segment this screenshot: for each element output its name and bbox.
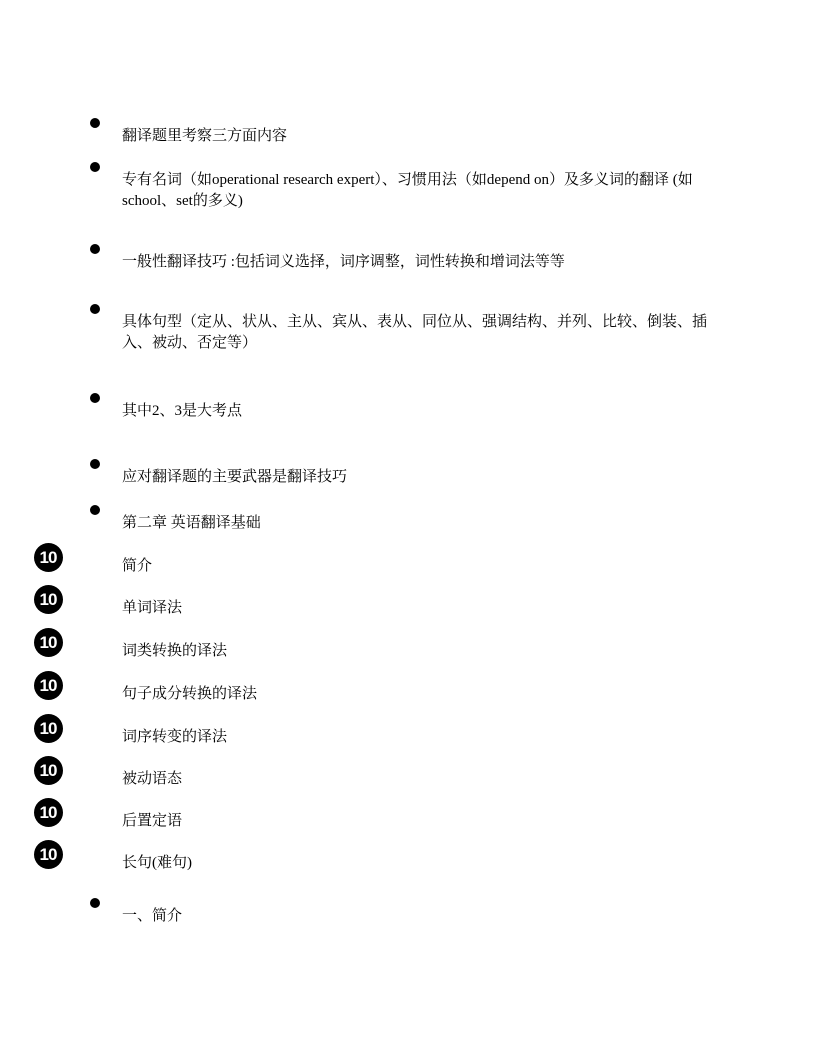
list-item: 专有名词（如operational research expert）、习惯用法（… (0, 170, 816, 234)
list-item-text: 应对翻译题的主要武器是翻译技巧 (122, 467, 708, 488)
list-item: 10 后置定语 (0, 798, 816, 842)
list-item: 10 长句(难句) (0, 840, 816, 884)
list-item: 10 简介 (0, 543, 816, 587)
circled-10-icon: 10 (34, 840, 63, 869)
list-item: 10 词序转变的译法 (0, 714, 816, 758)
list-item: 翻译题里考察三方面内容 (0, 126, 816, 170)
list-item-text: 一般性翻译技巧 :包括词义选择，词序调整，词性转换和增词法等等 (122, 252, 708, 273)
list-item-text: 单词译法 (122, 598, 708, 619)
bullet-icon (90, 162, 100, 172)
circled-10-icon: 10 (34, 714, 63, 743)
list-item-text: 翻译题里考察三方面内容 (122, 126, 708, 147)
list-item-text: 一、简介 (122, 906, 708, 927)
circled-10-icon: 10 (34, 671, 63, 700)
bullet-icon (90, 459, 100, 469)
list-item-text: 具体句型（定从、状从、主从、宾从、表从、同位从、强调结构、并列、比较、倒装、插入… (122, 312, 708, 354)
list-item: 10 单词译法 (0, 585, 816, 629)
list-item-text: 词序转变的译法 (122, 727, 708, 748)
list-item-text: 其中2、3是大考点 (122, 401, 708, 422)
list-item-text: 被动语态 (122, 769, 708, 790)
circled-10-icon: 10 (34, 585, 63, 614)
list-item: 一般性翻译技巧 :包括词义选择，词序调整，词性转换和增词法等等 (0, 252, 816, 296)
bullet-icon (90, 505, 100, 515)
list-item: 10 词类转换的译法 (0, 628, 816, 672)
circled-10-icon: 10 (34, 756, 63, 785)
bullet-icon (90, 304, 100, 314)
list-item-text: 词类转换的译法 (122, 641, 708, 662)
list-item-text: 后置定语 (122, 811, 708, 832)
circled-10-icon: 10 (34, 543, 63, 572)
list-item: 一、简介 (0, 906, 816, 950)
bullet-icon (90, 244, 100, 254)
circled-10-icon: 10 (34, 628, 63, 657)
list-item-text: 句子成分转换的译法 (122, 684, 708, 705)
bullet-icon (90, 393, 100, 403)
list-item: 具体句型（定从、状从、主从、宾从、表从、同位从、强调结构、并列、比较、倒装、插入… (0, 312, 816, 376)
list-item-text: 第二章 英语翻译基础 (122, 513, 708, 534)
circled-10-icon: 10 (34, 798, 63, 827)
list-item-text: 长句(难句) (122, 853, 708, 874)
list-item-text: 简介 (122, 556, 708, 577)
list-item: 10 句子成分转换的译法 (0, 671, 816, 715)
list-item: 10 被动语态 (0, 756, 816, 800)
bullet-icon (90, 898, 100, 908)
list-item: 其中2、3是大考点 (0, 401, 816, 445)
bullet-icon (90, 118, 100, 128)
list-item-text: 专有名词（如operational research expert）、习惯用法（… (122, 170, 708, 212)
list-item: 应对翻译题的主要武器是翻译技巧 (0, 467, 816, 511)
document-page: 翻译题里考察三方面内容 专有名词（如operational research e… (0, 0, 816, 1056)
